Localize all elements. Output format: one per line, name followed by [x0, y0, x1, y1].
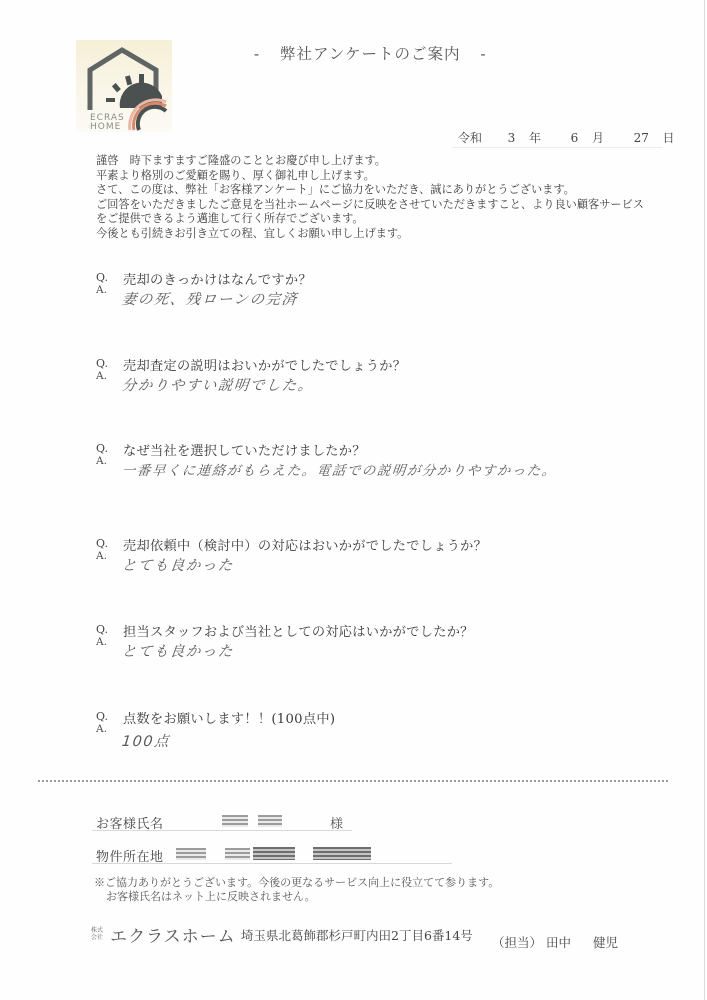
answer-mark: A. [96, 455, 107, 467]
date-year-unit: 年 [529, 129, 541, 146]
survey-page: ECRAS HOME - 弊社アンケートのご案内 - 令和 3 年 6 月 27… [0, 0, 707, 1000]
answer-handwritten: 分かりやすい説明でした。 [121, 374, 315, 395]
qa-item-6: Q.点数をお願いします！！(100点中) A.100点 [96, 708, 656, 744]
date-month-unit: 月 [592, 129, 604, 146]
answer-mark: A. [96, 723, 107, 735]
staff-given-name: 健児 [593, 935, 618, 950]
title-dash-right: - [466, 45, 500, 63]
page-edge [704, 0, 705, 1000]
svg-text:HOME: HOME [90, 122, 121, 132]
date-day-unit: 日 [663, 129, 675, 146]
staff-in-charge: （担当） 田中 健児 [492, 933, 618, 951]
name-underline [92, 830, 352, 831]
answer-handwritten: 一番早くに連絡がもらえた。電話での説明が分かりやすかった。 [121, 459, 558, 479]
greeting-line: さて、この度は、弊社「お客様アンケート」にご協力をいただき、誠にありがとうござい… [96, 183, 644, 198]
qa-item-2: Q.売却査定の説明はおいかがでしたでしょうか？ A.分かりやすい説明でした。 [96, 355, 656, 391]
answer-handwritten: とても良かった [121, 640, 235, 661]
ecras-home-logo: ECRAS HOME [76, 40, 172, 132]
greeting-paragraph: 謹啓 時下ますますご隆盛のこととお慶び申し上げます。 平素より格別のご愛顧を賜り… [96, 154, 644, 242]
staff-label: （担当） [492, 935, 542, 950]
date-day: 27 [634, 131, 649, 145]
note-line-1: ※ご協力ありがとうございます。今後の更なるサービス向上に役立てて参ります。 [94, 876, 499, 890]
question-text: 売却査定の説明はおいかがでしたでしょうか？ [123, 355, 406, 374]
question-text: 担当スタッフおよび当社としての対応はいかがでしたか？ [123, 621, 474, 640]
dotted-divider [38, 780, 668, 782]
question-text: 売却依頼中（検討中）の対応はおいかがでしたでしょうか？ [123, 535, 487, 554]
qa-item-1: Q.売却のきっかけはなんですか？ A.妻の死、残ローンの完済 [96, 269, 656, 305]
qa-item-3: Q.なぜ当社を選択していただけましたか？ A.一番早くに連絡がもらえた。電話での… [96, 440, 656, 476]
privacy-note: ※ご協力ありがとうございます。今後の更なるサービス向上に役立てて参ります。 お客… [94, 876, 499, 904]
title-text: 弊社アンケートのご案内 [280, 45, 461, 63]
property-address-redacted [313, 847, 371, 860]
date-underline [452, 147, 662, 148]
title-dash-left: - [240, 45, 274, 63]
page-title: - 弊社アンケートのご案内 - [240, 42, 530, 64]
question-mark: Q. [96, 271, 108, 284]
date-era: 令和 [458, 129, 482, 146]
question-text: 売却のきっかけはなんですか？ [123, 269, 312, 288]
answer-handwritten: 100点 [121, 730, 171, 751]
company-address: 埼玉県北葛飾郡杉戸町内田2丁目6番14号 [241, 926, 473, 944]
date-month: 6 [571, 131, 579, 145]
property-address-redacted [253, 847, 295, 860]
answer-handwritten: とても良かった [121, 554, 235, 575]
question-mark: Q. [96, 537, 108, 550]
question-text: 点数をお願いします！！(100点中) [123, 708, 335, 727]
company-name: エクラスホーム [110, 922, 236, 947]
qa-item-5: Q.担当スタッフおよび当社としての対応はいかがでしたか？ A.とても良かった [96, 621, 656, 657]
question-mark: Q. [96, 442, 108, 455]
customer-name-redacted [222, 815, 248, 827]
answer-handwritten: 妻の死、残ローンの完済 [121, 288, 299, 309]
qa-item-4: Q.売却依頼中（検討中）の対応はおいかがでしたでしょうか？ A.とても良かった [96, 535, 656, 571]
answer-mark: A. [96, 636, 107, 648]
note-line-2: お客様氏名はネット上に反映されません。 [94, 890, 499, 904]
answer-mark: A. [96, 550, 107, 562]
customer-name-redacted [258, 815, 282, 827]
address-underline [92, 863, 452, 864]
question-mark: Q. [96, 357, 108, 370]
greeting-line: 平素より格別のご愛顧を賜り、厚く御礼申し上げます。 [96, 169, 644, 184]
answer-mark: A. [96, 370, 107, 382]
company-logo-text: 株式 会社 エクラスホーム [91, 922, 236, 947]
date-year: 3 [508, 131, 516, 145]
question-mark: Q. [96, 623, 108, 636]
greeting-line: 今後とも引続きお引き立ての程、宜しくお願い申し上げます。 [96, 227, 644, 242]
property-address-redacted [176, 848, 206, 860]
question-text: なぜ当社を選択していただけましたか？ [123, 440, 366, 459]
house-sun-rainbow-icon: ECRAS HOME [76, 40, 172, 132]
greeting-line: 謹啓 時下ますますご隆盛のこととお慶び申し上げます。 [96, 154, 644, 169]
company-kind: 株式 会社 [91, 928, 105, 941]
question-mark: Q. [96, 710, 108, 723]
greeting-line: ご回答をいただきましたご意見を当社ホームページに反映をさせていただきますこと、よ… [96, 198, 644, 213]
staff-family-name: 田中 [546, 935, 571, 950]
greeting-line: をご提供できるよう邁進して行く所存でございます。 [96, 212, 644, 227]
property-address-redacted [225, 848, 250, 860]
answer-mark: A. [96, 284, 107, 296]
survey-date: 令和 3 年 6 月 27 日 [458, 129, 675, 146]
